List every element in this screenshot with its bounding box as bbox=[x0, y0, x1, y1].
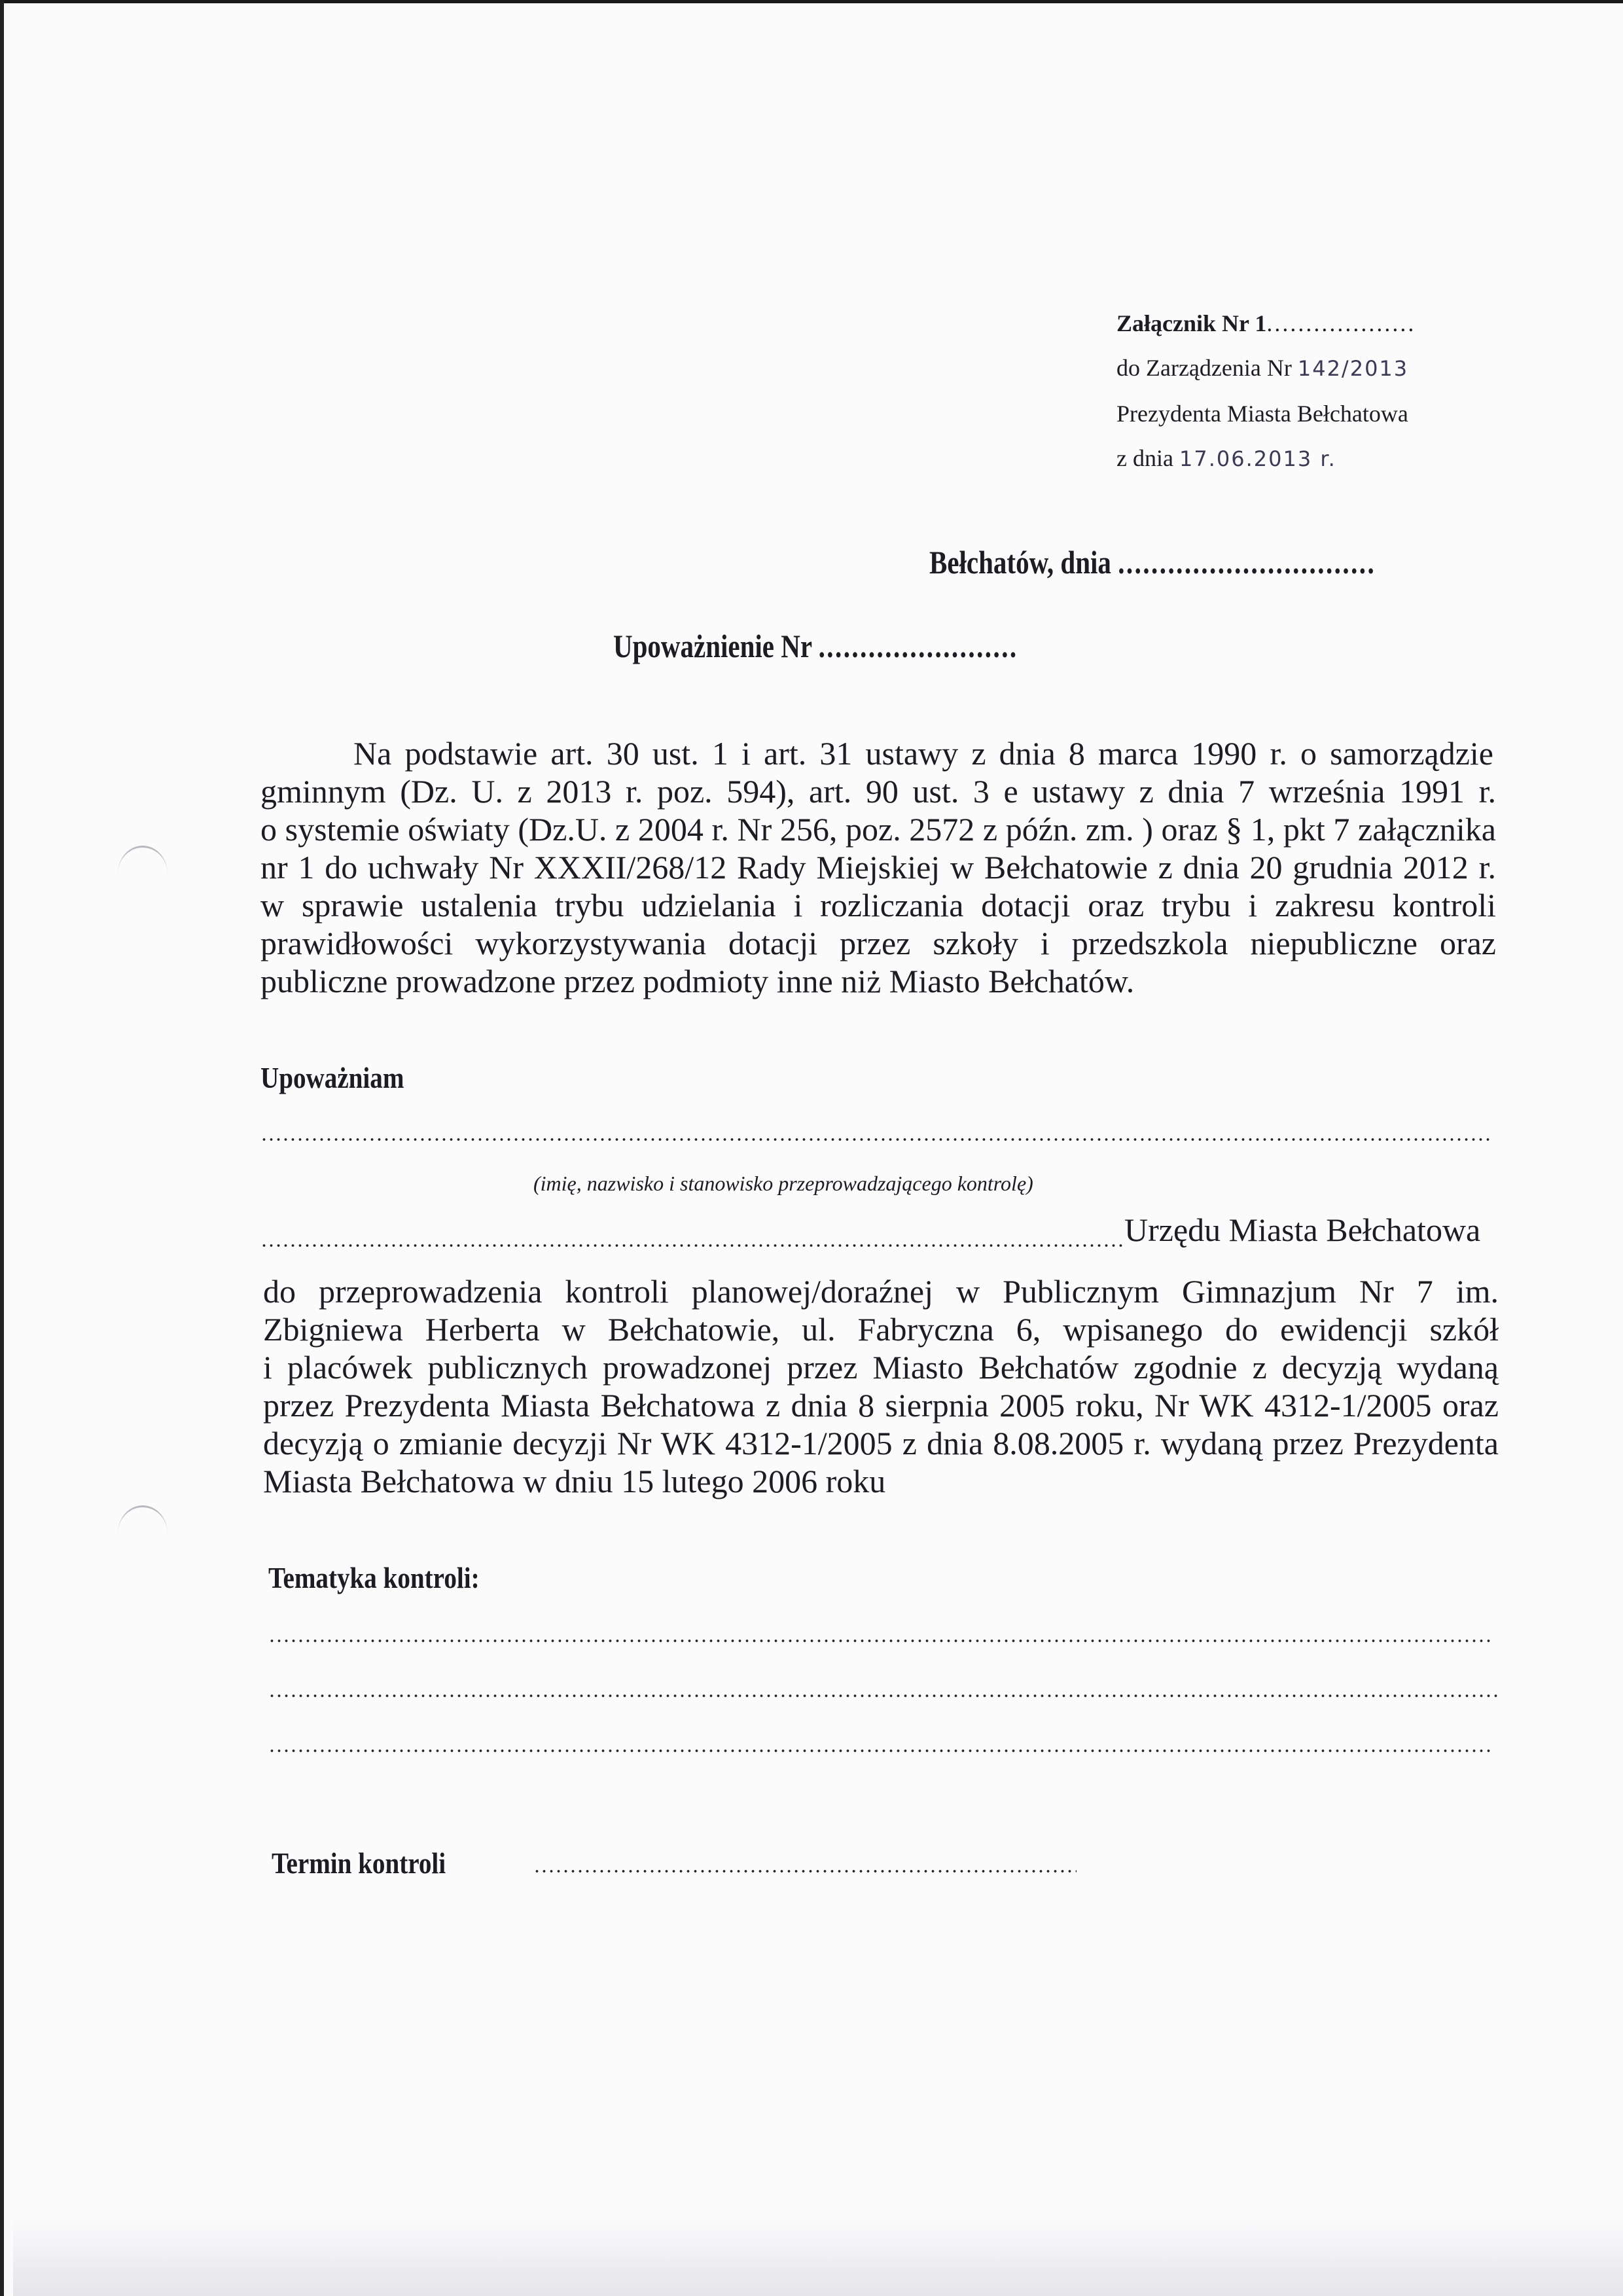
annex-line-3: Prezydenta Miasta Bełchatowa bbox=[1116, 399, 1408, 428]
annex-line-2: do Zarządzenia Nr 142/2013 bbox=[1116, 353, 1408, 383]
ordinance-label: do Zarządzenia Nr bbox=[1116, 355, 1292, 381]
legal-basis-line: prawidłowości wykorzystywania dotacji pr… bbox=[260, 924, 1496, 962]
annex-number-dots: ................... bbox=[1266, 310, 1416, 336]
legal-basis-line: Na podstawie art. 30 ust. 1 i art. 31 us… bbox=[353, 734, 1493, 772]
scan-shadow bbox=[13, 2217, 1623, 2296]
ordinance-date-label: z dnia bbox=[1116, 445, 1173, 471]
topics-field-line-3[interactable] bbox=[268, 1749, 1492, 1753]
scope-line: decyzją o zmianie decyzji Nr WK 4312-1/2… bbox=[263, 1424, 1499, 1462]
legal-basis-line: gminnym (Dz. U. z 2013 r. poz. 594), art… bbox=[260, 772, 1496, 810]
legal-basis-line: publiczne prowadzone przez podmioty inne… bbox=[260, 962, 1134, 1000]
inspector-name-field[interactable] bbox=[260, 1138, 1491, 1141]
topics-heading: Tematyka kontroli: bbox=[268, 1560, 480, 1595]
annex-line-4: z dnia 17.06.2013 r. bbox=[1116, 444, 1336, 473]
legal-basis-line: nr 1 do uchwały Nr XXXII/268/12 Rady Mie… bbox=[260, 848, 1496, 886]
document-title: Upoważnienie Nr ........................ bbox=[613, 627, 1018, 665]
topics-field-line-1[interactable] bbox=[268, 1639, 1492, 1643]
punch-hole-top bbox=[118, 846, 168, 874]
scope-line: Miasta Bełchatowa w dniu 15 lutego 2006 … bbox=[263, 1462, 885, 1500]
annex-number: Załącznik Nr 1 bbox=[1116, 310, 1266, 336]
scope-line: Zbigniewa Herberta w Bełchatowie, ul. Fa… bbox=[263, 1310, 1499, 1348]
term-heading: Termin kontroli bbox=[272, 1846, 446, 1880]
scope-line: przez Prezydenta Miasta Bełchatowa z dni… bbox=[263, 1386, 1499, 1424]
document-title-label: Upoważnienie Nr bbox=[613, 628, 811, 664]
term-field[interactable] bbox=[533, 1869, 1077, 1873]
scan-edge-top bbox=[0, 0, 1623, 3]
office-suffix: Urzędu Miasta Bełchatowa bbox=[1124, 1211, 1480, 1249]
inspector-field-caption: (imię, nazwisko i stanowisko przeprowadz… bbox=[533, 1172, 1033, 1196]
authorization-number-field[interactable]: ........................ bbox=[819, 628, 1018, 664]
scan-edge-left bbox=[0, 0, 4, 2296]
scope-line: do przeprowadzenia kontroli planowej/dor… bbox=[263, 1272, 1499, 1310]
inspector-position-field[interactable] bbox=[260, 1244, 1123, 1247]
punch-hole-bottom bbox=[118, 1505, 168, 1534]
ordinance-date-handwritten: 17.06.2013 r. bbox=[1179, 446, 1336, 471]
ordinance-number-handwritten: 142/2013 bbox=[1298, 356, 1408, 381]
place-date-label: Bełchatów, dnia bbox=[929, 544, 1111, 581]
scope-line: i placówek publicznych prowadzonej przez… bbox=[263, 1348, 1499, 1386]
legal-basis-line: w sprawie ustalenia trybu udzielania i r… bbox=[260, 886, 1496, 924]
legal-basis-line: o systemie oświaty (Dz.U. z 2004 r. Nr 2… bbox=[260, 810, 1496, 848]
place-date: Bełchatów, dnia ........................… bbox=[929, 543, 1376, 581]
annex-line-1: Załącznik Nr 1................... bbox=[1116, 309, 1416, 338]
place-date-field[interactable]: ............................... bbox=[1118, 544, 1376, 581]
topics-field-line-2[interactable] bbox=[268, 1694, 1499, 1698]
authorize-heading: Upoważniam bbox=[260, 1060, 404, 1095]
